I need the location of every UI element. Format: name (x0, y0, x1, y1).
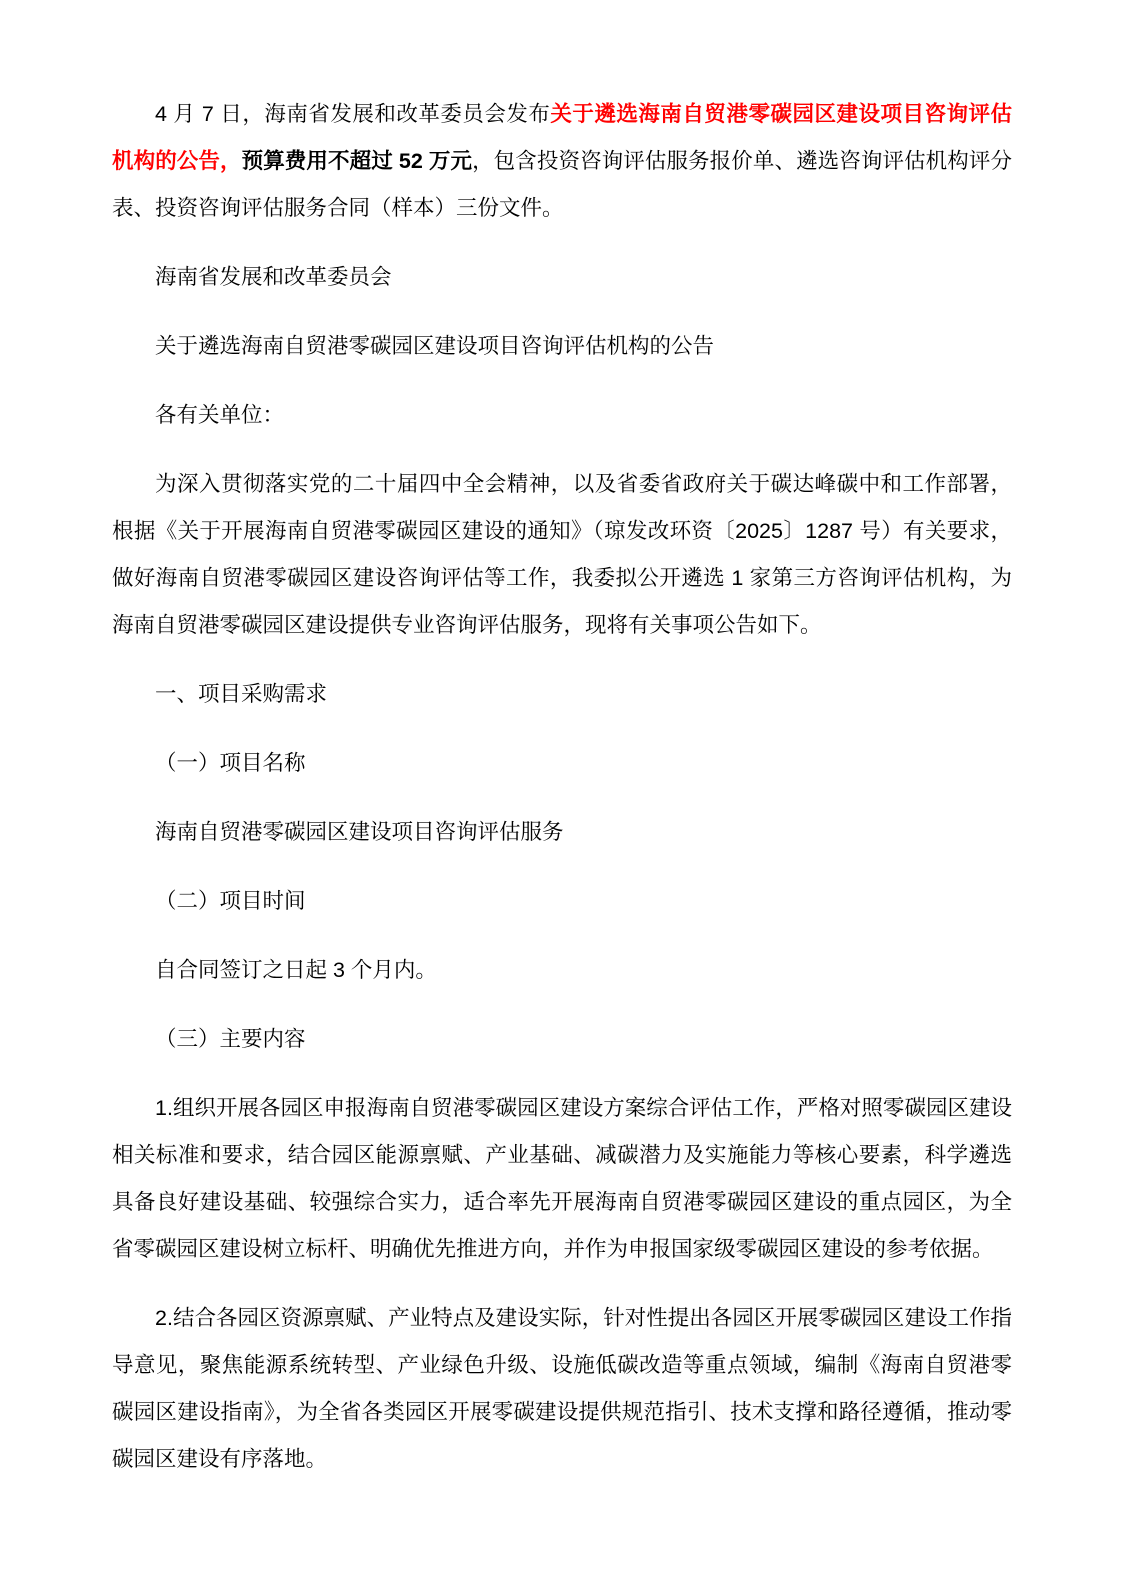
text-run: （三）主要内容 (155, 1027, 306, 1051)
text-run: 1.组织开展各园区申报海南自贸港零碳园区建设方案综合评估工作，严格对照零碳园区建… (112, 1096, 1012, 1261)
text-run: 海南省发展和改革委员会 (155, 265, 392, 289)
text-run: 4 月 7 日，海南省发展和改革委员会发布 (155, 102, 550, 126)
text-run: 海南自贸港零碳园区建设项目咨询评估服务 (155, 820, 564, 844)
paragraph: 为深入贯彻落实党的二十届四中全会精神，以及省委省政府关于碳达峰碳中和工作部署，根… (112, 461, 1012, 649)
text-run: 各有关单位： (155, 403, 284, 427)
text-run: 关于遴选海南自贸港零碳园区建设项目咨询评估机构的公告 (155, 334, 714, 358)
paragraph: 2.结合各园区资源禀赋、产业特点及建设实际，针对性提出各园区开展零碳园区建设工作… (112, 1295, 1012, 1483)
paragraph: （一）项目名称 (112, 740, 1012, 787)
paragraph: 4 月 7 日，海南省发展和改革委员会发布关于遴选海南自贸港零碳园区建设项目咨询… (112, 91, 1012, 232)
paragraph: 各有关单位： (112, 392, 1012, 439)
paragraph: （三）主要内容 (112, 1016, 1012, 1063)
paragraph: 关于遴选海南自贸港零碳园区建设项目咨询评估机构的公告 (112, 323, 1012, 370)
paragraph: 自合同签订之日起 3 个月内。 (112, 947, 1012, 994)
text-run: （一）项目名称 (155, 751, 306, 775)
document-body: 4 月 7 日，海南省发展和改革委员会发布关于遴选海南自贸港零碳园区建设项目咨询… (112, 91, 1012, 1483)
document-page: 4 月 7 日，海南省发展和改革委员会发布关于遴选海南自贸港零碳园区建设项目咨询… (0, 0, 1122, 1587)
paragraph: 一、项目采购需求 (112, 671, 1012, 718)
paragraph: 海南省发展和改革委员会 (112, 254, 1012, 301)
text-run: 一、项目采购需求 (155, 682, 327, 706)
paragraph: 1.组织开展各园区申报海南自贸港零碳园区建设方案综合评估工作，严格对照零碳园区建… (112, 1085, 1012, 1273)
text-run: （二）项目时间 (155, 889, 306, 913)
paragraph: （二）项目时间 (112, 878, 1012, 925)
budget-emphasis: 预算费用不超过 52 万元 (242, 149, 472, 173)
text-run: 自合同签订之日起 3 个月内。 (155, 958, 437, 982)
paragraph: 海南自贸港零碳园区建设项目咨询评估服务 (112, 809, 1012, 856)
text-run: 为深入贯彻落实党的二十届四中全会精神，以及省委省政府关于碳达峰碳中和工作部署，根… (112, 472, 1012, 637)
text-run: 2.结合各园区资源禀赋、产业特点及建设实际，针对性提出各园区开展零碳园区建设工作… (112, 1306, 1012, 1471)
